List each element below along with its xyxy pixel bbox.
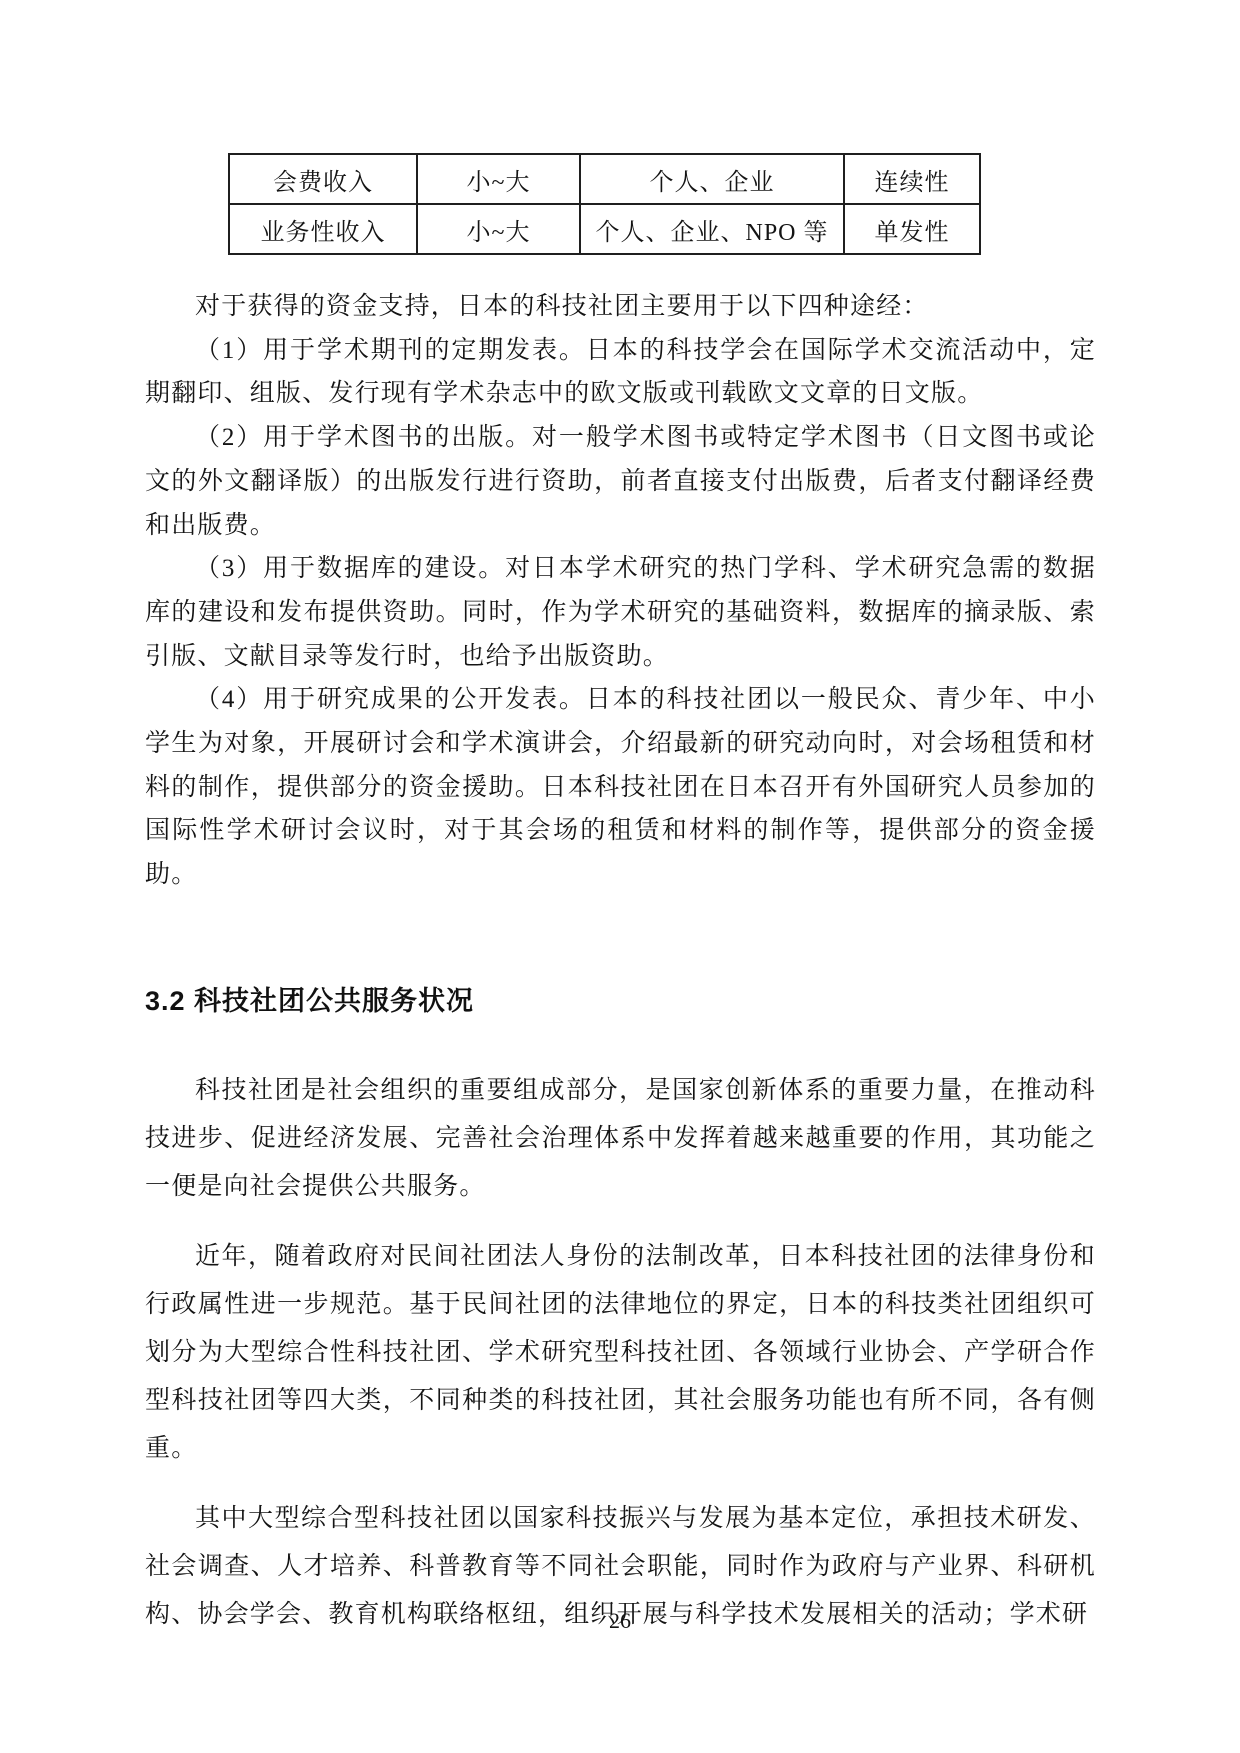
page-content: 会费收入 小~大 个人、企业 连续性 业务性收入 小~大 个人、企业、NPO 等… <box>0 0 1240 1639</box>
table-cell-source: 个人、企业、NPO 等 <box>580 204 844 254</box>
list-item-1: （1）用于学术期刊的定期发表。日本的科技学会在国际学术交流活动中，定期翻印、组版… <box>145 329 1096 416</box>
table-cell-income-type: 业务性收入 <box>229 204 417 254</box>
table-cell-source: 个人、企业 <box>580 154 844 204</box>
table-cell-scale: 小~大 <box>417 154 580 204</box>
income-types-table: 会费收入 小~大 个人、企业 连续性 业务性收入 小~大 个人、企业、NPO 等… <box>228 153 981 255</box>
document-page: 会费收入 小~大 个人、企业 连续性 业务性收入 小~大 个人、企业、NPO 等… <box>0 0 1240 1753</box>
table-cell-income-type: 会费收入 <box>229 154 417 204</box>
funding-usage-section: 对于获得的资金支持，日本的科技社团主要用于以下四种途经： （1）用于学术期刊的定… <box>145 285 1096 897</box>
list-item-4: （4）用于研究成果的公开发表。日本的科技社团以一般民众、青少年、中小学生为对象，… <box>145 678 1096 897</box>
page-number: 26 <box>0 1608 1240 1634</box>
public-service-section: 科技社团是社会组织的重要组成部分，是国家创新体系的重要力量，在推动科技进步、促进… <box>145 1067 1096 1639</box>
table-row: 业务性收入 小~大 个人、企业、NPO 等 单发性 <box>229 204 980 254</box>
list-item-3: （3）用于数据库的建设。对日本学术研究的热门学科、学术研究急需的数据库的建设和发… <box>145 547 1096 678</box>
table-cell-continuity: 连续性 <box>844 154 980 204</box>
body-paragraph-1: 科技社团是社会组织的重要组成部分，是国家创新体系的重要力量，在推动科技进步、促进… <box>145 1067 1096 1211</box>
table-cell-continuity: 单发性 <box>844 204 980 254</box>
table-cell-scale: 小~大 <box>417 204 580 254</box>
intro-paragraph: 对于获得的资金支持，日本的科技社团主要用于以下四种途经： <box>145 285 1096 329</box>
section-heading: 3.2 科技社团公共服务状况 <box>145 981 1096 1021</box>
body-paragraph-2: 近年，随着政府对民间社团法人身份的法制改革，日本科技社团的法律身份和行政属性进一… <box>145 1233 1096 1473</box>
table-row: 会费收入 小~大 个人、企业 连续性 <box>229 154 980 204</box>
list-item-2: （2）用于学术图书的出版。对一般学术图书或特定学术图书（日文图书或论文的外文翻译… <box>145 416 1096 547</box>
